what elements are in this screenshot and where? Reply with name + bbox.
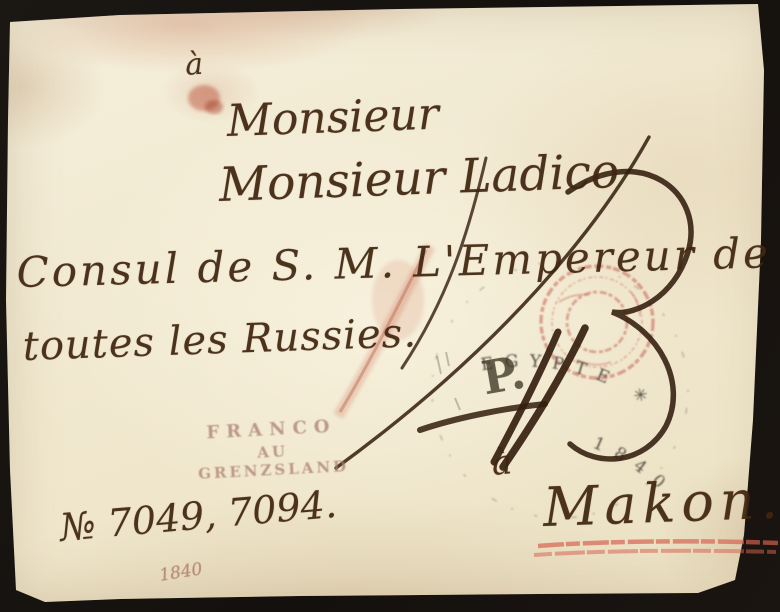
- photo-frame: EGYPTE ✳ 1840 à Monsieur Monsieur Ladico…: [0, 0, 780, 612]
- franco-handstamp: FRANCO AU GRENZSLAND: [179, 414, 367, 484]
- paid-handstamp: P.: [478, 345, 530, 406]
- destination-prefix: à: [490, 442, 514, 484]
- address-top-annotation: à: [184, 47, 204, 83]
- address-line-monsieur: Monsieur: [226, 89, 440, 147]
- destination-city: Makon.: [542, 468, 780, 539]
